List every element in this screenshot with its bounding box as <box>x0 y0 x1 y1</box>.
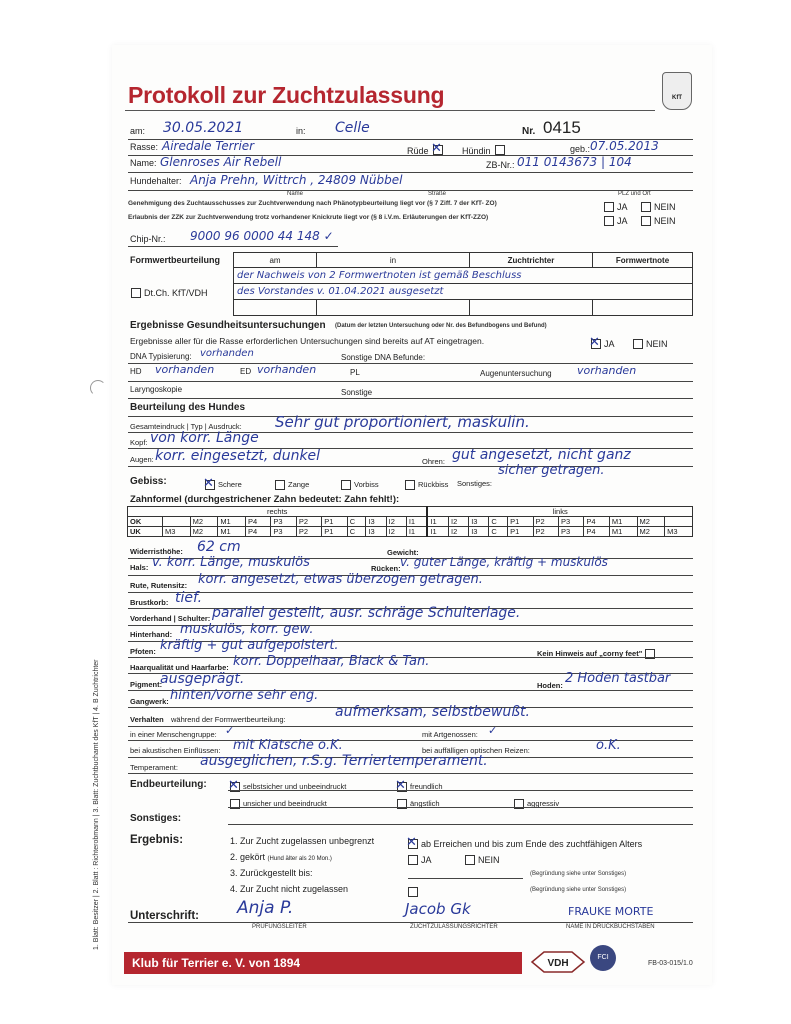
chip-label: Chip-Nr.: <box>130 234 166 244</box>
am-label: am: <box>130 126 145 136</box>
kopf-value: von korr. Länge <box>150 430 259 446</box>
svg-text:VDH: VDH <box>547 958 568 969</box>
rute-value: korr. angesetzt, etwas überzogen getrage… <box>198 572 483 587</box>
tooth-cell: C <box>489 527 508 537</box>
tooth-cell: I3 <box>469 517 489 527</box>
end-aengstlich[interactable]: ängstlich <box>397 795 440 813</box>
tooth-cell: P4 <box>245 517 270 527</box>
punch-hole <box>90 380 106 396</box>
tooth-cell: I1 <box>406 517 427 527</box>
teeth-row-ok: OKM2M1P4P3P2P1CI3I2I1I1I2I3CP1P2P3P4M1M2 <box>128 517 693 527</box>
zb-label: ZB-Nr.: <box>486 160 515 170</box>
gebiss-schere[interactable]: Schere <box>205 476 242 494</box>
teeth-row-uk: UKM3M2M1P4P3P2P1CI3I2I1I1I2I3CP1P2P3P4M1… <box>128 527 693 537</box>
tooth-cell: C <box>347 517 366 527</box>
verhalten-value: aufmerksam, selbstbewußt. <box>335 704 530 720</box>
geb-value: 07.05.2013 <box>590 139 659 153</box>
tooth-cell: M2 <box>637 517 665 527</box>
erlaubnis-nein[interactable]: NEIN <box>641 212 676 230</box>
optisch-value: o.K. <box>596 738 621 753</box>
tooth-cell: I3 <box>469 527 489 537</box>
vorderhand-value: parallel gestellt, ausr. schräge Schulte… <box>212 605 520 621</box>
pfoten-value: kräftig + gut aufgepolstert. <box>160 638 339 653</box>
tooth-cell: I2 <box>386 527 406 537</box>
tooth-cell: I1 <box>427 527 448 537</box>
tooth-cell: P1 <box>322 527 347 537</box>
end-freundlich[interactable]: freundlich <box>397 778 443 796</box>
tooth-cell: M2 <box>637 527 665 537</box>
augen-untersuchung-value: vorhanden <box>577 364 636 377</box>
result-opt1-checkbox[interactable]: ab Erreichen und bis zum Ende des zuchtf… <box>408 835 642 853</box>
end-aggressiv[interactable]: aggressiv <box>514 795 559 813</box>
fci-logo: FCI <box>590 945 616 971</box>
tooth-cell: OK <box>128 517 163 527</box>
brust-value: tief. <box>175 590 202 606</box>
tooth-cell: M1 <box>218 517 246 527</box>
genehmigung-text: Genehmigung des Zuchtausschusses zur Zuc… <box>128 200 497 207</box>
vdh-logo: VDH <box>530 950 586 974</box>
tooth-cell: C <box>489 517 508 527</box>
tooth-cell: P2 <box>296 517 321 527</box>
name-label: Name: <box>130 158 157 168</box>
hals-value: v. korr. Länge, muskulös <box>152 555 310 570</box>
gesamt-value: Sehr gut proportioniert, maskulin. <box>275 413 530 431</box>
ruecken-value: v. guter Länge, kräftig + muskulös <box>400 555 608 569</box>
tooth-cell: P1 <box>322 517 347 527</box>
nicht-zugelassen-checkbox[interactable] <box>408 883 418 901</box>
health-ja[interactable]: JA <box>591 335 615 353</box>
rasse-label: Rasse: <box>130 142 158 152</box>
printed-name: FRAUKE MORTE <box>568 905 653 918</box>
tooth-cell: M1 <box>218 527 246 537</box>
in-value: Celle <box>335 120 370 136</box>
temperament-value: ausgeglichen, r.S.g. Terriertemperament. <box>200 753 488 769</box>
formwert-table: am in Zuchtrichter Formwertnote der Nach… <box>233 252 693 316</box>
tooth-cell: P3 <box>271 517 296 527</box>
haar-value: korr. Doppelhaar, Black & Tan. <box>233 654 429 669</box>
am-value: 30.05.2021 <box>163 120 243 136</box>
tooth-cell: I2 <box>449 517 469 527</box>
tooth-cell: P3 <box>271 527 296 537</box>
ohren-value-2: sicher getragen. <box>498 463 605 478</box>
erlaubnis-text: Erlaubnis der ZZK zur Zuchtverwendung tr… <box>128 214 488 221</box>
menschen-value: ✓ <box>225 724 234 737</box>
gang-value: hinten/vorne sehr eng. <box>170 688 318 703</box>
health-subtitle: (Datum der letzten Untersuchung oder Nr.… <box>335 323 547 329</box>
nr-value: 0415 <box>543 118 581 138</box>
tooth-cell: P3 <box>558 517 583 527</box>
health-nein[interactable]: NEIN <box>633 335 668 353</box>
result-label: Ergebnis: <box>130 834 183 846</box>
name-value: Glenroses Air Rebell <box>160 155 281 169</box>
tooth-cell: I3 <box>366 527 386 537</box>
formwert-label: Formwertbeurteilung <box>130 255 220 265</box>
halter-value: Anja Prehn, Wittrch , 24809 Nübbel <box>190 173 402 187</box>
tooth-cell <box>163 517 191 527</box>
health-all-entered: Ergebnisse aller für die Rasse erforderl… <box>130 336 484 346</box>
tooth-cell: I2 <box>386 517 406 527</box>
augen-value: korr. eingesetzt, dunkel <box>155 448 320 464</box>
tooth-cell: M1 <box>609 527 637 537</box>
tooth-cell: P4 <box>584 527 609 537</box>
erlaubnis-ja[interactable]: JA <box>604 212 628 230</box>
tooth-cell: UK <box>128 527 163 537</box>
chip-value: 9000 96 0000 44 148 ✓ <box>190 229 334 243</box>
tooth-cell: P1 <box>508 527 533 537</box>
side-note: 1. Blatt: Besitzer | 2. Blatt : Richtero… <box>93 659 100 950</box>
form-code: FB-03-015/1.0 <box>648 960 693 967</box>
tooth-cell: I1 <box>406 527 427 537</box>
widerrist-value: 62 cm <box>197 539 241 555</box>
title-divider <box>125 110 655 111</box>
tooth-cell: P3 <box>558 527 583 537</box>
dna-value: vorhanden <box>200 348 254 359</box>
gekoert-ja[interactable]: JA <box>408 851 432 869</box>
tooth-cell: P1 <box>508 517 533 527</box>
zb-value: 011 0143673 | 104 <box>517 155 632 169</box>
in-label: in: <box>296 126 306 136</box>
tooth-cell: M2 <box>190 517 218 527</box>
pigment-value: ausgeprägt. <box>160 671 244 687</box>
gekoert-nein[interactable]: NEIN <box>465 851 500 869</box>
rasse-value: Airedale Terrier <box>162 139 254 153</box>
tooth-cell: M1 <box>609 517 637 527</box>
gebiss-zange[interactable]: Zange <box>275 476 309 494</box>
end-unsicher[interactable]: unsicher und beeindruckt <box>230 795 327 813</box>
signature-richter: Jacob Gk <box>405 900 471 918</box>
formwert-note-line2: des Vorstandes v. 01.04.2021 ausgesetzt <box>237 286 443 297</box>
gebiss-vorbiss[interactable]: Vorbiss <box>341 476 379 494</box>
hd-value: vorhanden <box>155 363 214 376</box>
tooth-cell: M3 <box>163 527 191 537</box>
teeth-table: rechtslinks OKM2M1P4P3P2P1CI3I2I1I1I2I3C… <box>127 506 693 537</box>
tooth-cell: M3 <box>665 527 693 537</box>
tooth-cell: P2 <box>296 527 321 537</box>
gebiss-rueckbiss[interactable]: Rückbiss <box>405 476 448 494</box>
tooth-cell: P4 <box>584 517 609 527</box>
page-title: Protokoll zur Zuchtzulassung <box>128 82 444 109</box>
nr-label: Nr. <box>522 126 535 137</box>
ruede-checkbox[interactable]: Rüde <box>407 141 443 159</box>
corny-feet-checkbox[interactable]: Kein Hinweis auf „corny feet" <box>537 645 655 663</box>
assessment-title: Beurteilung des Hundes <box>130 402 245 413</box>
artgenossen-value: ✓ <box>488 724 497 737</box>
zahnformel-label: Zahnformel (durchgestrichener Zahn bedeu… <box>130 494 399 505</box>
tooth-cell: I2 <box>449 527 469 537</box>
signature-label: Unterschrift: <box>130 910 199 922</box>
kft-logo: KfT <box>662 72 692 110</box>
ed-value: vorhanden <box>257 363 316 376</box>
tooth-cell: P2 <box>533 517 558 527</box>
tooth-cell: M2 <box>190 527 218 537</box>
hoden-value: 2 Hoden tastbar <box>565 671 670 686</box>
tooth-cell: I3 <box>366 517 386 527</box>
akustisch-value: mit Klatsche o.K. <box>233 738 343 753</box>
dtch-checkbox[interactable]: Dt.Ch. KfT/VDH <box>131 284 208 302</box>
halter-label: Hundehalter: <box>130 176 182 186</box>
signature-pruefungsleiter: Anja P. <box>237 898 293 918</box>
hinterhand-value: muskulös, korr. gew. <box>180 622 313 637</box>
health-title: Ergebnisse Gesundheitsuntersuchungen <box>130 320 326 331</box>
tooth-cell <box>665 517 693 527</box>
huendin-checkbox[interactable]: Hündin <box>462 141 505 159</box>
zurueckgestellt-field[interactable] <box>408 878 523 879</box>
club-banner: Klub für Terrier e. V. von 1894 <box>124 952 522 974</box>
tooth-cell: C <box>347 527 366 537</box>
tooth-cell: I1 <box>427 517 448 527</box>
ohren-value: gut angesetzt, nicht ganz <box>452 447 631 463</box>
end-selbstsicher[interactable]: selbstsicher und unbeeindruckt <box>230 778 346 796</box>
tooth-cell: P4 <box>245 527 270 537</box>
tooth-cell: P2 <box>533 527 558 537</box>
formwert-note-line1: der Nachweis von 2 Formwertnoten ist gem… <box>237 270 522 281</box>
geb-label: geb.: <box>570 144 590 154</box>
